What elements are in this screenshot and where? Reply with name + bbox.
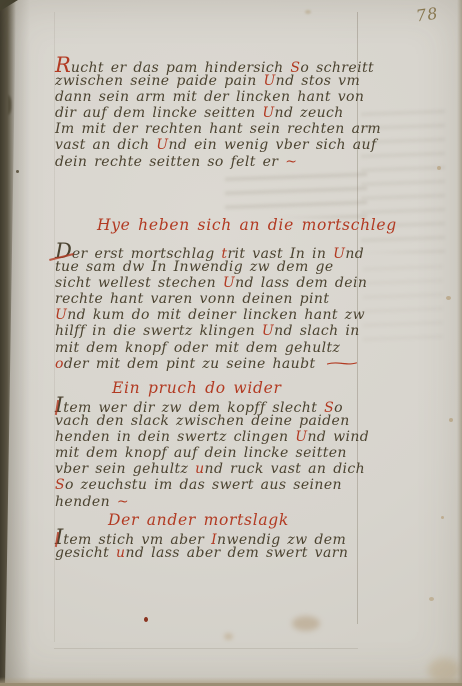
text-line: gesicht und lass aber dem swert varn	[55, 545, 348, 561]
text-line: hilff in die swertz klingen Und slach in	[55, 323, 367, 339]
text-line: zwischen seine paide pain Und stos vm	[55, 73, 381, 89]
rubricated-text: S	[55, 477, 65, 493]
red-stain-spot	[144, 617, 148, 622]
rubricated-text: U	[333, 246, 345, 262]
text-segment: nd zeuch	[275, 105, 344, 121]
paragraph-counter: Item wer dir zw dem kopff slecht Sovach …	[55, 397, 369, 510]
text-segment: nd ruck vast an dich	[205, 461, 366, 477]
text-line: vach den slack zwischen deine paiden	[55, 413, 369, 429]
text-segment: nd lass aber dem swert varn	[125, 545, 348, 561]
text-segment: mit dem knopf auf dein lincke seitten	[55, 445, 347, 461]
text-segment: Im mit der rechten hant sein rechten arm	[55, 121, 381, 137]
text-line: Im mit der rechten hant sein rechten arm	[55, 121, 381, 137]
stain-spot	[429, 597, 434, 601]
text-segment: tue sam dw In Inwendig zw dem ge	[55, 259, 334, 275]
text-line: vast an dich Und ein wenig vber sich auf	[55, 137, 381, 153]
paragraph-grappling: Rucht er das pam hindersich So schreittz…	[55, 57, 381, 170]
text-line: Rucht er das pam hindersich So schreitt	[55, 57, 381, 73]
text-line: vber sein gehultz und ruck vast an dich	[55, 461, 369, 477]
text-segment: hilff in die swertz klingen	[55, 323, 262, 339]
text-segment: nd slach in	[274, 323, 360, 339]
text-segment: rechte hant varen vonn deinen pint	[55, 291, 329, 307]
heading-ander-mortslagk: Der ander mortslagk	[108, 511, 289, 529]
text-segment: gesicht	[55, 545, 116, 561]
rubricated-text: o	[55, 356, 64, 372]
text-line: tue sam dw In Inwendig zw dem ge	[55, 259, 367, 275]
stain-spot	[224, 633, 233, 640]
folio-number: 78	[415, 4, 440, 26]
rubricated-text: ~	[285, 154, 297, 170]
text-segment: dein rechte seitten so felt er	[55, 154, 285, 170]
text-segment: sicht wellest stechen	[55, 275, 223, 291]
verso-bleedthrough	[363, 258, 443, 348]
text-line: Item stich vm aber Inwendig zw dem	[55, 529, 348, 545]
text-line: henden in dein swertz clingen Und wind	[55, 429, 369, 445]
text-segment: dir auf dem lincke seitten	[55, 105, 262, 121]
verso-bleedthrough	[225, 168, 367, 218]
text-segment: nd lass dem dein	[235, 275, 367, 291]
text-line: So zeuchstu im das swert aus seinen	[55, 477, 369, 493]
text-segment: vber sein gehultz	[55, 461, 195, 477]
rubricated-text: U	[263, 73, 275, 89]
text-segment: der mit dem pint zu seine haubt	[64, 356, 322, 372]
rubricated-text: U	[55, 307, 67, 323]
stain-spot	[446, 296, 451, 300]
stain-smudge	[292, 616, 320, 631]
page-edge-right	[457, 0, 462, 686]
rubricated-text: ~	[117, 494, 129, 510]
paragraph-first-mortschlag: Der erst mortschlag trit vast In in Undt…	[55, 243, 367, 372]
text-segment: o zeuchstu im das swert aus seinen	[65, 477, 342, 493]
text-segment: henden in dein swertz clingen	[55, 429, 295, 445]
text-segment: nd wind	[308, 429, 370, 445]
stain-spot	[441, 516, 444, 519]
text-line: mit dem knopf auf dein lincke seitten	[55, 445, 369, 461]
text-line: dir auf dem lincke seitten Und zeuch	[55, 105, 381, 121]
rubricated-text: U	[156, 137, 168, 153]
rubricated-text: U	[262, 105, 274, 121]
text-line: dein rechte seitten so felt er ~	[55, 154, 381, 170]
text-segment: vach den slack zwischen deine paiden	[55, 413, 350, 429]
text-line: Und kum do mit deiner lincken hant zw	[55, 307, 367, 323]
stain-spot	[449, 418, 453, 422]
text-segment: mit dem knopf oder mit dem gehultz	[55, 340, 340, 356]
rubricated-text: u	[195, 461, 204, 477]
text-segment: henden	[55, 494, 117, 510]
text-segment: zwischen seine paide pain	[55, 73, 263, 89]
stain-spot	[437, 166, 441, 170]
text-line: rechte hant varen vonn deinen pint	[55, 291, 367, 307]
text-line: henden ~	[55, 494, 369, 510]
text-segment: dann sein arm mit der lincken hant von	[55, 89, 364, 105]
text-line: mit dem knopf oder mit dem gehultz	[55, 340, 367, 356]
text-line: Der erst mortschlag trit vast In in Und	[55, 243, 367, 259]
rubricated-text: ~	[322, 356, 363, 372]
text-segment: nd ein wenig vber sich auf	[168, 137, 376, 153]
margin-rule-bottom	[54, 648, 358, 649]
text-segment: nd stos vm	[276, 73, 361, 89]
text-segment: nd kum do mit deiner lincken hant zw	[67, 307, 365, 323]
heading-mortschleg: Hye heben sich an die mortschleg	[97, 216, 397, 234]
manuscript-page-photo: 78 Rucht er das pam hindersich So schrei…	[0, 0, 462, 686]
rubricated-text: U	[223, 275, 235, 291]
rubricated-text: U	[295, 429, 307, 445]
paragraph-second-mortschlag: Item stich vm aber Inwendig zw demgesich…	[55, 529, 348, 561]
text-segment: nd	[345, 246, 364, 262]
text-line: oder mit dem pint zu seine haubt ~	[55, 356, 367, 372]
text-line: sicht wellest stechen Und lass dem dein	[55, 275, 367, 291]
text-line: dann sein arm mit der lincken hant von	[55, 89, 381, 105]
rubricated-text: U	[262, 323, 274, 339]
heading-pruch-do-wider: Ein pruch do wider	[112, 379, 282, 397]
text-segment: vast an dich	[55, 137, 156, 153]
text-line: Item wer dir zw dem kopff slecht So	[55, 397, 369, 413]
stain-spot	[305, 10, 311, 14]
